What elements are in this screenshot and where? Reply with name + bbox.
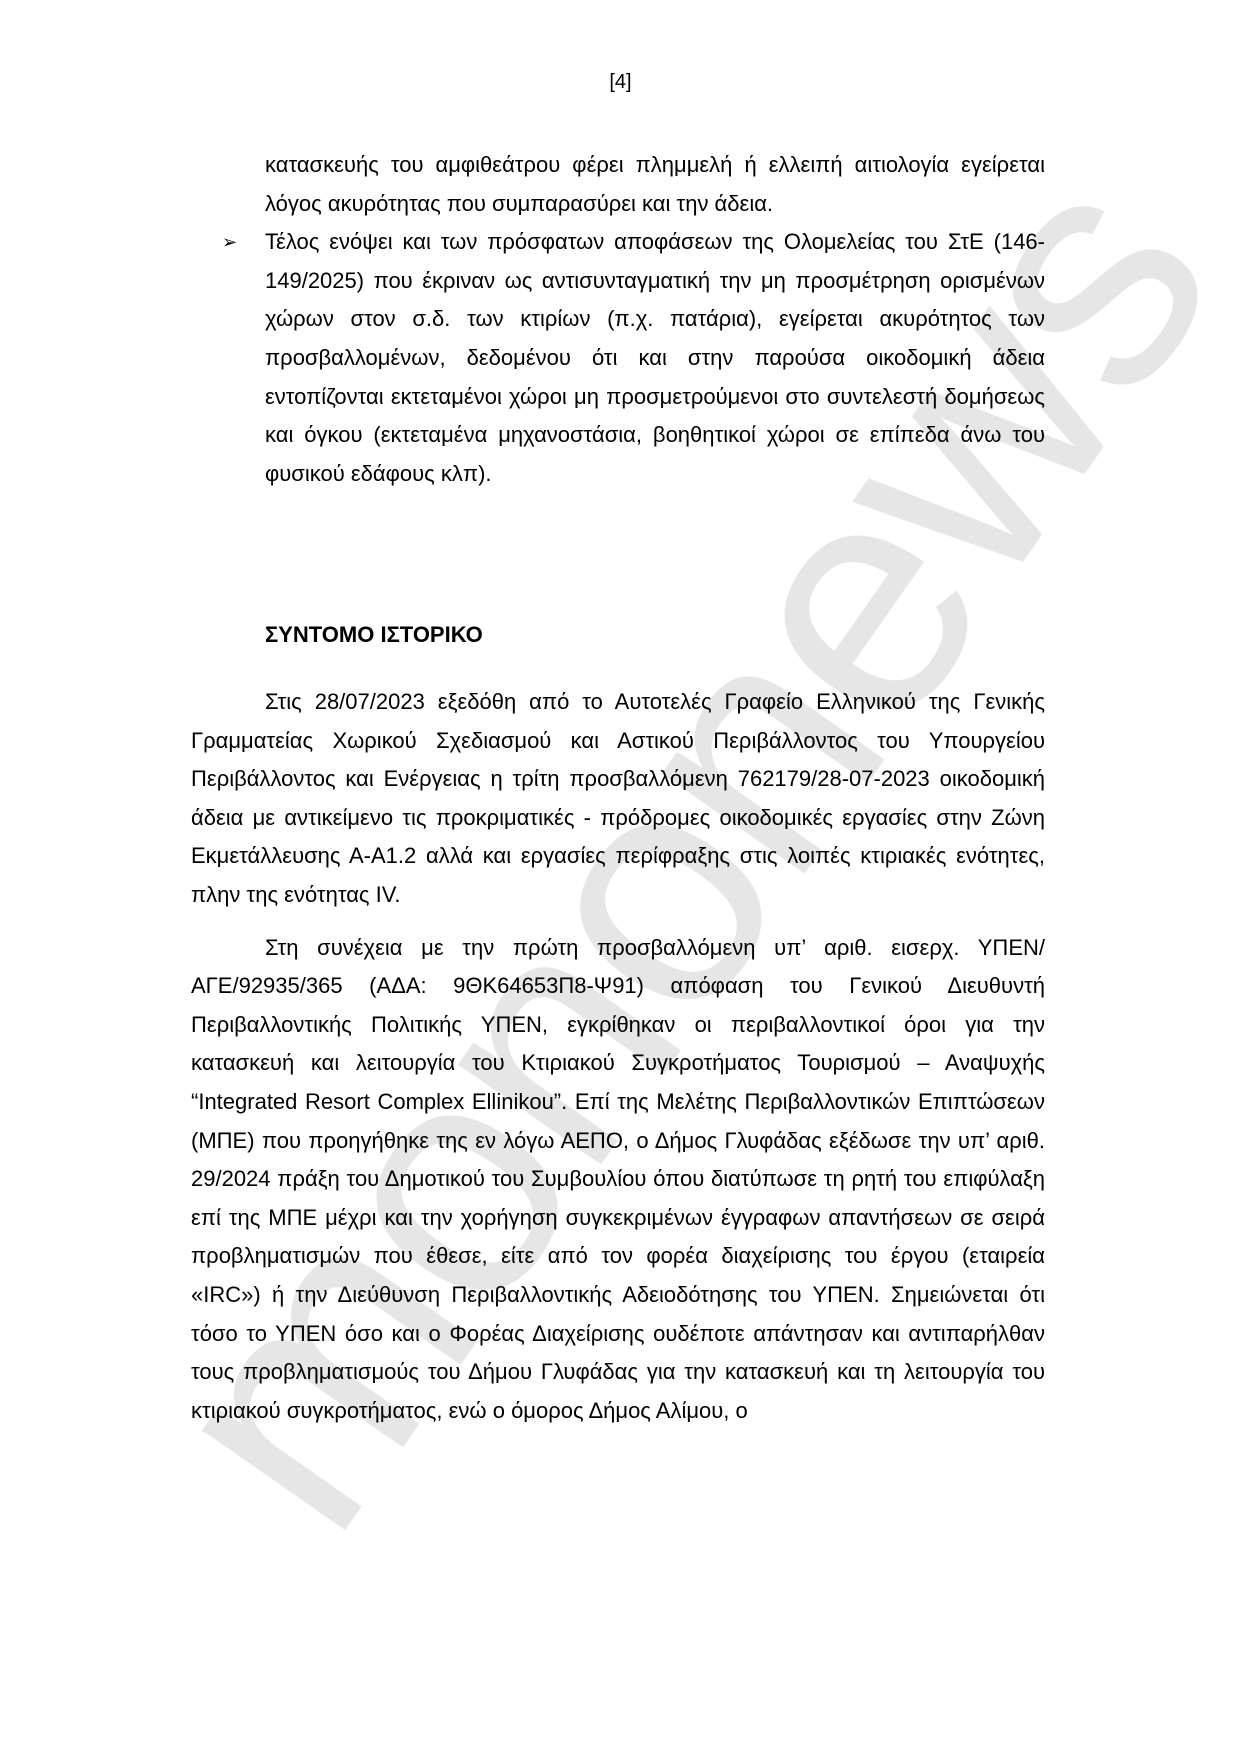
section-heading: ΣΥΝΤΟΜΟ ΙΣΤΟΡΙΚΟ [265,620,483,650]
bullet-list: κατασκευής του αμφιθεάτρου φέρει πλημμελ… [265,146,1045,493]
arrow-bullet-icon: ➢ [222,223,237,262]
paragraph: Στη συνέχεια με την πρώτη προσβαλλόμενη … [191,929,1045,1431]
document-page: [4] κατασκευής του αμφιθεάτρου φέρει πλη… [0,0,1241,1755]
page-number: [4] [0,70,1241,94]
paragraph: Στις 28/07/2023 εξεδόθη από το Αυτοτελές… [191,683,1045,915]
bullet-continuation: κατασκευής του αμφιθεάτρου φέρει πλημμελ… [265,146,1045,223]
bullet-item-text: Τέλος ενόψει και των πρόσφατων αποφάσεων… [265,223,1045,493]
bullet-item: ➢ Τέλος ενόψει και των πρόσφατων αποφάσε… [265,223,1045,493]
section-body: Στις 28/07/2023 εξεδόθη από το Αυτοτελές… [191,683,1045,1444]
